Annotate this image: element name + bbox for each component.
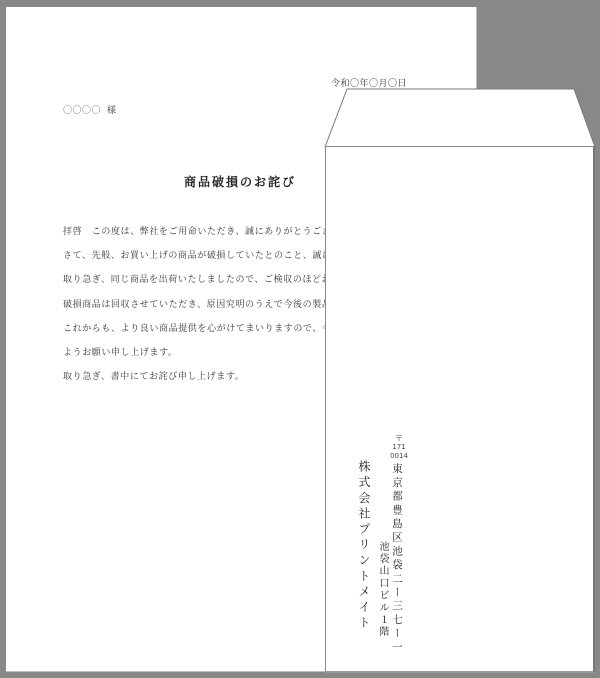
body-line: 拝啓 この度は、弊社をご用命いただき、誠にありがとうござい [63,220,363,244]
body-line: 取り急ぎ、同じ商品を出荷いたしましたので、ご検収のほどお願 [63,268,363,292]
body-line: これからも、より良い商品提供を心がけてまいりますので、今後と [63,317,363,341]
body-line: 取り急ぎ、書中にてお詫び申し上げます。 [63,365,363,389]
letter-body: 拝啓 この度は、弊社をご用命いただき、誠にありがとうござい さて、先般、お買い上… [63,220,363,389]
sender-company-name: 株式会社プリントメイト [356,460,373,632]
body-line: 破損商品は回収させていただき、原因究明のうえで今後の製品管理 [63,293,363,317]
letter-date: 令和〇年〇月〇日 [331,76,407,89]
body-line: さて、先般、お買い上げの商品が破損していたとのこと、誠に申し [63,244,363,268]
recipient-honorific: 様 [107,106,116,116]
body-line: ようお願い申し上げます。 [63,341,363,365]
postal-code: 〒 171 0014 [386,434,412,461]
postal-mark-icon: 〒 [386,434,412,443]
letter-title: 商品破損のお詫び [184,173,296,190]
postal-code-first: 171 [386,443,412,452]
recipient-name: 〇〇〇〇 [63,106,101,116]
postal-code-second: 0014 [386,452,412,461]
address-line-2: 池袋山口ビル１階 [375,541,390,639]
letter-recipient: 〇〇〇〇様 [63,103,116,116]
address-line-1: 東京都豊島区池袋二ー三七ー一 [390,463,405,655]
